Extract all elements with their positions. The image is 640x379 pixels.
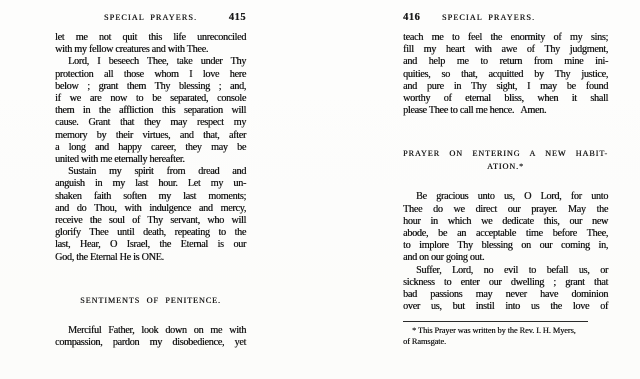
text-line: and do Thou, with indulgence and mercy, [55, 203, 246, 215]
text-line: protection all those whom I love here [55, 69, 246, 81]
section-heading-line: ATION.* [403, 160, 608, 173]
text-line: and help me to return from mine ini- [403, 56, 608, 68]
running-header: SPECIAL PRAYERS. 415 [55, 12, 246, 25]
running-header-title: SPECIAL PRAYERS. [55, 13, 246, 22]
book-spread: SPECIAL PRAYERS. 415 let me not quit thi… [0, 0, 640, 379]
text-line: and on our going out. [403, 252, 608, 264]
text-line: Sustain my spirit from dread and [55, 166, 246, 178]
paragraph: let me not quit this life unreconciledwi… [55, 32, 246, 56]
text-line: receive the soul of Thy servant, who wil… [55, 215, 246, 227]
text-line: please Thee to call me hence. Amen. [403, 105, 608, 117]
text-line: glorify Thee until death, repeating to t… [55, 227, 246, 239]
footnote-line: * This Prayer was written by the Rev. I.… [403, 325, 608, 336]
text-line: below ; grant them Thy blessing ; and, [55, 81, 246, 93]
section-heading: PRAYER ON ENTERING A NEW HABIT-ATION.* [403, 147, 608, 173]
footnote-line: of Ramsgate. [403, 336, 608, 347]
text-line: compassion, pardon my disobedience, yet [55, 337, 246, 349]
running-header-title: SPECIAL PRAYERS. [403, 13, 574, 22]
text-line: abode, be an acceptable time before Thee… [403, 228, 608, 240]
paragraph: teach me to feel the enormity of my sins… [403, 32, 608, 117]
text-line: and pure in Thy sight, I may be found [403, 81, 608, 93]
paragraph: Merciful Father, look down on me withcom… [55, 325, 246, 349]
text-line: Be gracious unto us, O Lord, for unto [403, 191, 608, 203]
text-line: teach me to feel the enormity of my sins… [403, 32, 608, 44]
section-heading-line: PRAYER ON ENTERING A NEW HABIT- [403, 147, 608, 160]
page-body: teach me to feel the enormity of my sins… [403, 32, 608, 347]
footnote: * This Prayer was written by the Rev. I.… [403, 321, 608, 347]
text-line: a long and happy career, they may be [55, 142, 246, 154]
page-right: 416 SPECIAL PRAYERS. teach me to feel th… [403, 12, 608, 347]
text-line: Merciful Father, look down on me with [55, 325, 246, 337]
text-line: Thee do we direct our prayer. May the [403, 204, 608, 216]
running-header: 416 SPECIAL PRAYERS. [403, 12, 608, 25]
section-heading-line: SENTIMENTS OF PENITENCE. [55, 294, 246, 307]
text-line: bad passions may never have dominion [403, 289, 608, 301]
page-body: let me not quit this life unreconciledwi… [55, 32, 246, 349]
paragraph: Suffer, Lord, no evil to befall us, orsi… [403, 265, 608, 314]
paragraph: Sustain my spirit from dread andanguish … [55, 166, 246, 264]
text-line: quities, so that, acquitted by Thy justi… [403, 69, 608, 81]
text-line: united with me eternally hereafter. [55, 154, 246, 166]
text-line: Suffer, Lord, no evil to befall us, or [403, 265, 608, 277]
text-line: anguish in my last hour. Let my un- [55, 178, 246, 190]
text-line: last, Hear, O Israel, the Eternal is our [55, 239, 246, 251]
section-heading: SENTIMENTS OF PENITENCE. [55, 294, 246, 307]
text-line: to implore Thy blessing on our coming in… [403, 240, 608, 252]
page-number: 415 [229, 12, 246, 23]
page-left: SPECIAL PRAYERS. 415 let me not quit thi… [55, 12, 246, 349]
text-line: Lord, I beseech Thee, take under Thy [55, 56, 246, 68]
text-line: hour in which we dedicate this, our new [403, 216, 608, 228]
text-line: cause. Grant that they may respect my [55, 117, 246, 129]
text-line: memory by their virtues, and that, after [55, 130, 246, 142]
text-line: them in the affliction this separation w… [55, 105, 246, 117]
text-line: shaken faith soften my last moments; [55, 191, 246, 203]
text-line: if we are now to be separated, console [55, 93, 246, 105]
paragraph: Lord, I beseech Thee, take under Thyprot… [55, 56, 246, 166]
text-line: with my fellow creatures and with Thee. [55, 44, 246, 56]
text-line: let me not quit this life unreconciled [55, 32, 246, 44]
text-line: sickness to enter our dwelling ; grant t… [403, 277, 608, 289]
text-line: over us, but instil into us the love of [403, 301, 608, 313]
text-line: worthy of eternal bliss, when it shall [403, 93, 608, 105]
text-line: God, the Eternal He is ONE. [55, 252, 246, 264]
text-line: fill my heart with awe of Thy judgment, [403, 44, 608, 56]
paragraph: Be gracious unto us, O Lord, for untoThe… [403, 191, 608, 264]
